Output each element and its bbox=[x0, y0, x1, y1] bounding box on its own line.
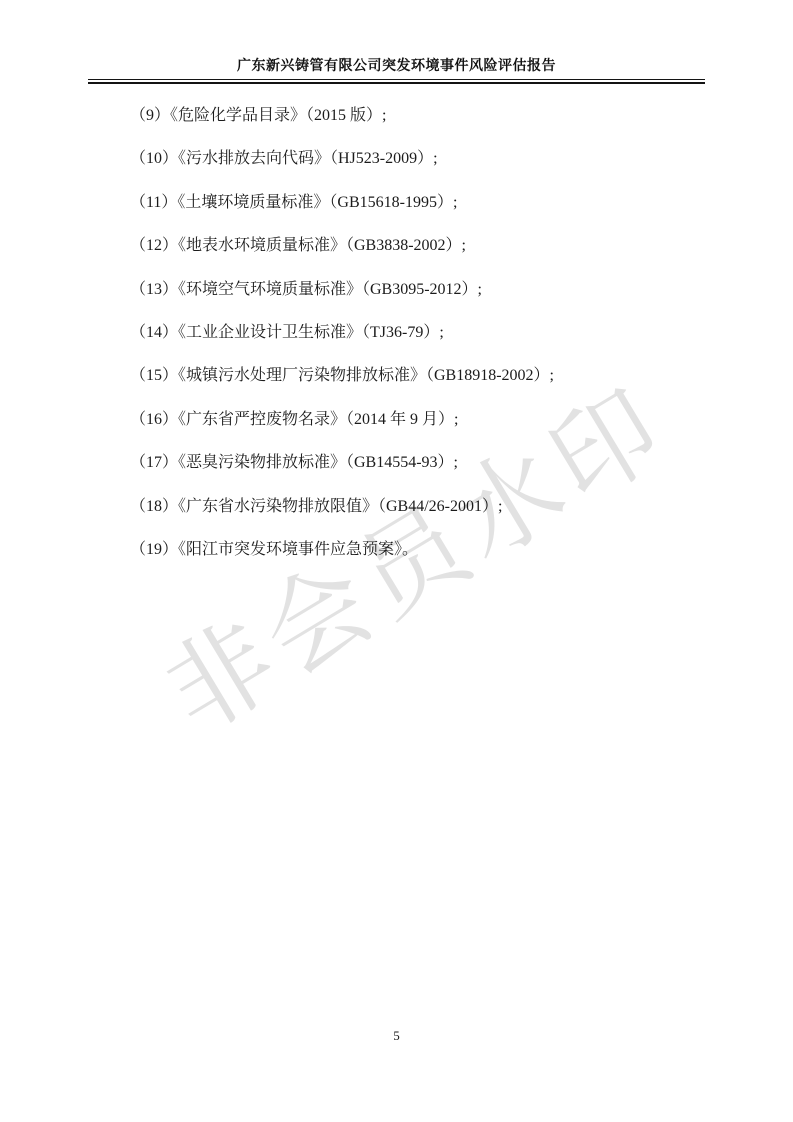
header-double-rule bbox=[88, 79, 705, 84]
page-number: 5 bbox=[393, 1028, 400, 1043]
page-header: 广东新兴铸管有限公司突发环境事件风险评估报告 bbox=[88, 0, 705, 84]
reference-item: （15）《城镇污水处理厂污染物排放标准》（GB18918-2002）; bbox=[88, 366, 705, 386]
reference-item: （13）《环境空气环境质量标准》（GB3095-2012）; bbox=[88, 280, 705, 300]
reference-item: （10）《污水排放去向代码》（HJ523-2009）; bbox=[88, 149, 705, 169]
reference-item: （12）《地表水环境质量标准》（GB3838-2002）; bbox=[88, 236, 705, 256]
reference-item: （11）《土壤环境质量标准》（GB15618-1995）; bbox=[88, 193, 705, 213]
reference-item: （14）《工业企业设计卫生标准》（TJ36-79）; bbox=[88, 323, 705, 343]
page-footer: 5 bbox=[0, 1027, 793, 1045]
reference-list: （9）《危险化学品目录》（2015 版）; （10）《污水排放去向代码》（HJ5… bbox=[88, 106, 705, 583]
reference-item: （17）《恶臭污染物排放标准》（GB14554-93）; bbox=[88, 453, 705, 473]
document-page: 非会员水印 广东新兴铸管有限公司突发环境事件风险评估报告 （9）《危险化学品目录… bbox=[0, 0, 793, 1122]
reference-item: （19）《阳江市突发环境事件应急预案》。 bbox=[88, 540, 705, 560]
reference-item: （9）《危险化学品目录》（2015 版）; bbox=[88, 106, 705, 126]
reference-item: （18）《广东省水污染物排放限值》（GB44/26-2001）; bbox=[88, 497, 705, 517]
reference-item: （16）《广东省严控废物名录》（2014 年 9 月）; bbox=[88, 410, 705, 430]
header-title: 广东新兴铸管有限公司突发环境事件风险评估报告 bbox=[88, 0, 705, 75]
